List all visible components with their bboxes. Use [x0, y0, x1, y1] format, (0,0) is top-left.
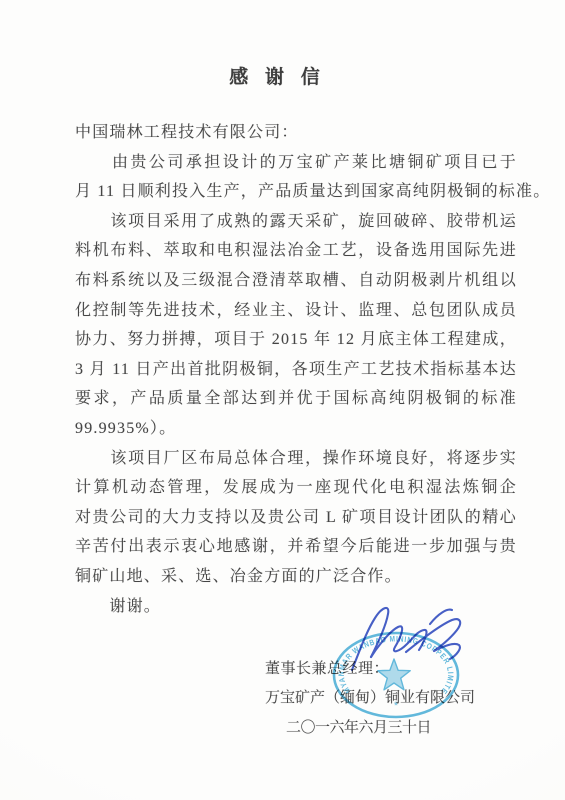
body-line: 布料系统以及三级混合澄清萃取槽、自动阴极剥片机组以及自动 [75, 266, 517, 296]
body-line: 化控制等先进技术，经业主、设计、监理、总包团队成员的齐心 [75, 296, 517, 326]
body-line: 由贵公司承担设计的万宝矿产莱比塘铜矿项目已于 2016 年 3 [75, 148, 517, 178]
body-line: 3 月 11 日产出首批阴极铜，各项生产工艺技术指标基本达到设计 [75, 355, 517, 385]
letter-page: 感 谢 信 中国瑞林工程技术有限公司： 由贵公司承担设计的万宝矿产莱比塘铜矿项目… [0, 0, 565, 800]
body-line: 要求，产品质量全部达到并优于国标高纯阴极铜的标准（含 Cu≥ [75, 384, 517, 414]
signoff-role: 董事长兼总经理： [265, 659, 389, 679]
body-line: 对贵公司的大力支持以及贵公司 L 矿项目设计团队的精心设计和 [75, 503, 517, 533]
body-line: 铜矿山地、采、选、冶金方面的广泛合作。 [75, 562, 517, 592]
body-line: 99.9935%）。 [75, 414, 517, 444]
body-line: 协力、努力拼搏，项目于 2015 年 12 月底主体工程建成，2016 年 [75, 325, 517, 355]
body-line: 计算机动态管理，发展成为一座现代化电积湿法炼铜企业。为此， [75, 473, 517, 503]
body-line: 月 11 日顺利投入生产，产品质量达到国家高纯阴极铜的标准。 [75, 177, 517, 207]
body-line: 谢谢。 [75, 592, 517, 622]
body-line: 中国瑞林工程技术有限公司： [75, 118, 517, 148]
body-line: 辛苦付出表示衷心地感谢，并希望今后能进一步加强与贵公司在 [75, 532, 517, 562]
body-line: 料机布料、萃取和电积湿法冶金工艺，设备选用国际先进的桥式 [75, 236, 517, 266]
body-line: 该项目厂区布局总体合理，操作环境良好，将逐步实现全厂 [75, 444, 517, 474]
letter-title: 感 谢 信 [0, 62, 555, 89]
signoff-company: 万宝矿产（缅甸）铜业有限公司 [265, 688, 475, 708]
signoff-date: 二〇一六年六月三十日 [286, 718, 431, 738]
letter-body: 中国瑞林工程技术有限公司： 由贵公司承担设计的万宝矿产莱比塘铜矿项目已于 201… [75, 118, 517, 621]
body-line: 该项目采用了成熟的露天采矿，旋回破碎、胶带机运输、布 [75, 207, 517, 237]
